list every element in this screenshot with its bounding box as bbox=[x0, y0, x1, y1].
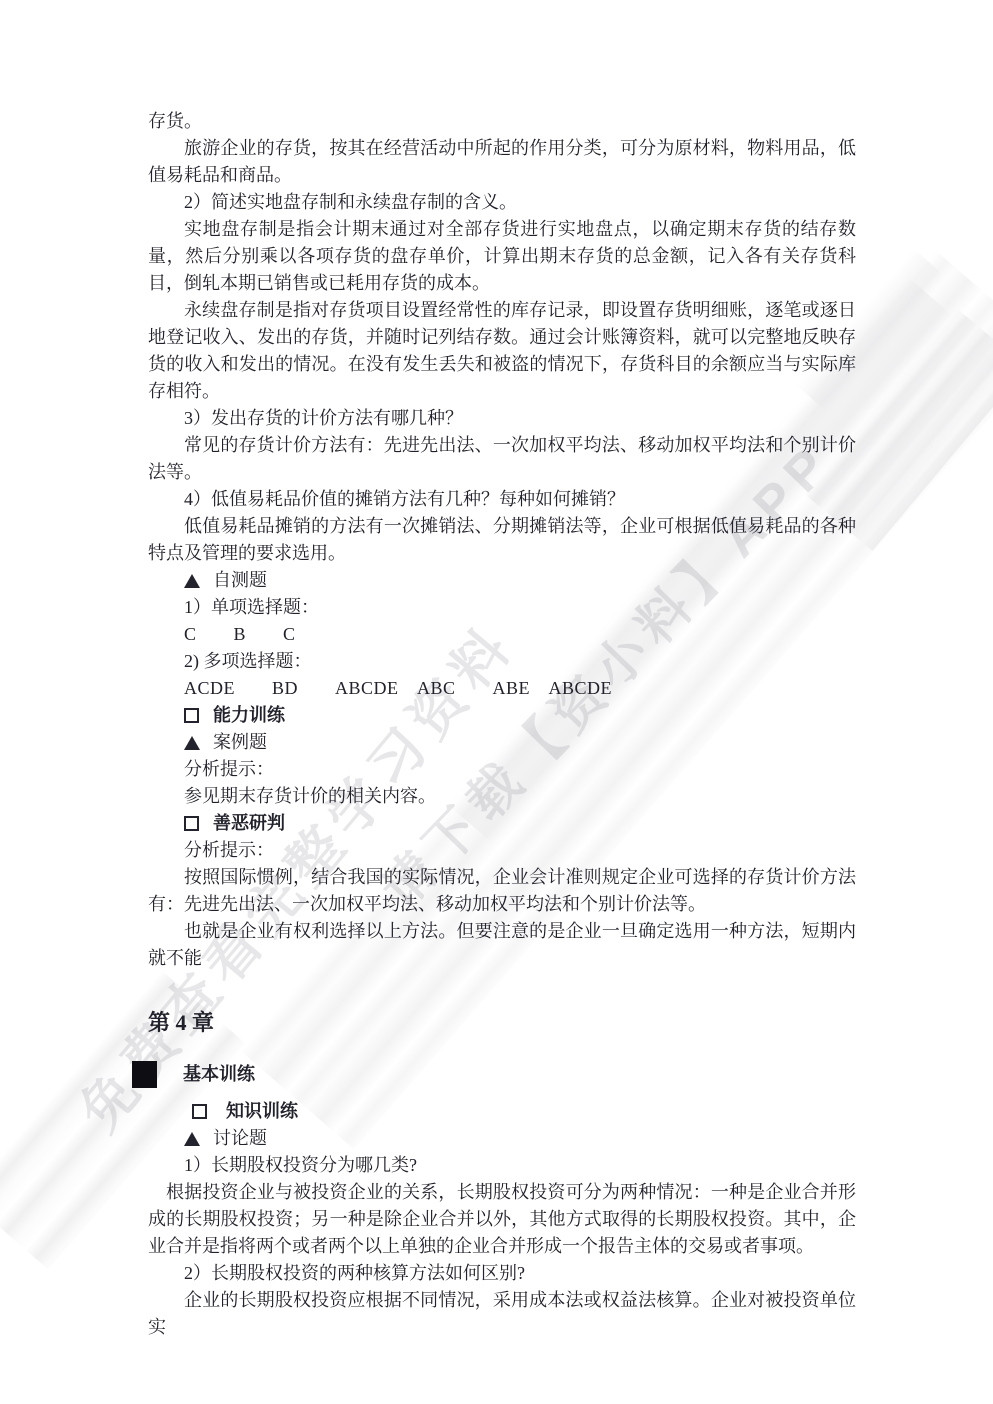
triangle-icon bbox=[184, 1132, 200, 1146]
triangle-icon bbox=[184, 736, 200, 750]
paragraph: 旅游企业的存货，按其在经营活动中所起的作用分类，可分为原材料，物料用品，低值易耗… bbox=[148, 135, 856, 189]
text-line: 4）低值易耗品价值的摊销方法有几种？每种如何摊销？ bbox=[148, 486, 856, 513]
paragraph: 永续盘存制是指对存货项目设置经常性的库存记录，即设置存货明细账，逐笔或逐日地登记… bbox=[148, 297, 856, 405]
document-content: 存货。旅游企业的存货，按其在经营活动中所起的作用分类，可分为原材料，物料用品，低… bbox=[148, 108, 856, 1341]
triangle-icon bbox=[184, 574, 200, 588]
section-heading-row: 知识训练 bbox=[148, 1098, 856, 1125]
section-heading-row: 善恶研判 bbox=[148, 810, 856, 837]
text-line: 1）长期股权投资分为哪几类? bbox=[148, 1152, 856, 1179]
hollow-square-icon bbox=[184, 708, 199, 723]
paragraph: 低值易耗品摊销的方法有一次摊销法、分期摊销法等，企业可根据低值易耗品的各种特点及… bbox=[148, 513, 856, 567]
section-heading-row: 案例题 bbox=[148, 729, 856, 756]
section-label: 能力训练 bbox=[213, 702, 285, 729]
text-line: 分析提示： bbox=[148, 837, 856, 864]
section-heading-row: 讨论题 bbox=[148, 1125, 856, 1152]
text-line: 2) 多项选择题： bbox=[148, 648, 856, 675]
text-line: 3）发出存货的计价方法有哪几种？ bbox=[148, 405, 856, 432]
section-label: 知识训练 bbox=[226, 1098, 298, 1125]
section-label: 自测题 bbox=[213, 567, 267, 594]
answer-key-line: ACDE BD ABCDE ABC ABE ABCDE bbox=[148, 675, 856, 702]
section-heading-row: 基本训练 bbox=[132, 1058, 856, 1090]
text-line: 2）长期股权投资的两种核算方法如何区别? bbox=[148, 1260, 856, 1287]
text-line: 2）简述实地盘存制和永续盘存制的含义。 bbox=[148, 189, 856, 216]
paragraph: 实地盘存制是指会计期末通过对全部存货进行实地盘点，以确定期末存货的结存数量，然后… bbox=[148, 216, 856, 297]
section-label: 基本训练 bbox=[183, 1061, 255, 1088]
chapter-heading: 第 4 章 bbox=[148, 1008, 856, 1038]
paragraph: 根据投资企业与被投资企业的关系，长期股权投资可分为两种情况：一种是企业合并形成的… bbox=[148, 1179, 856, 1260]
hollow-square-icon bbox=[192, 1104, 207, 1119]
section-label: 讨论题 bbox=[213, 1125, 267, 1152]
text-line: 存货。 bbox=[148, 108, 856, 135]
section-label: 案例题 bbox=[213, 729, 267, 756]
document-page: 免费查看完整学习资料 请下载【资小料】APP 存货。旅游企业的存货，按其在经营活… bbox=[0, 0, 993, 1404]
hollow-square-icon bbox=[184, 816, 199, 831]
text-line: 分析提示： bbox=[148, 756, 856, 783]
solid-square-icon bbox=[132, 1061, 157, 1088]
paragraph: 常见的存货计价方法有：先进先出法、一次加权平均法、移动加权平均法和个别计价法等。 bbox=[148, 432, 856, 486]
paragraph: 企业的长期股权投资应根据不同情况，采用成本法或权益法核算。企业对被投资单位实 bbox=[148, 1287, 856, 1341]
text-line: 1）单项选择题： bbox=[148, 594, 856, 621]
answer-key-line: C B C bbox=[148, 621, 856, 648]
text-line: 参见期末存货计价的相关内容。 bbox=[148, 783, 856, 810]
paragraph: 按照国际惯例，结合我国的实际情况，企业会计准则规定企业可选择的存货计价方法有：先… bbox=[148, 864, 856, 918]
paragraph: 也就是企业有权利选择以上方法。但要注意的是企业一旦确定选用一种方法，短期内就不能 bbox=[148, 918, 856, 972]
section-label: 善恶研判 bbox=[213, 810, 285, 837]
section-heading-row: 自测题 bbox=[148, 567, 856, 594]
section-heading-row: 能力训练 bbox=[148, 702, 856, 729]
